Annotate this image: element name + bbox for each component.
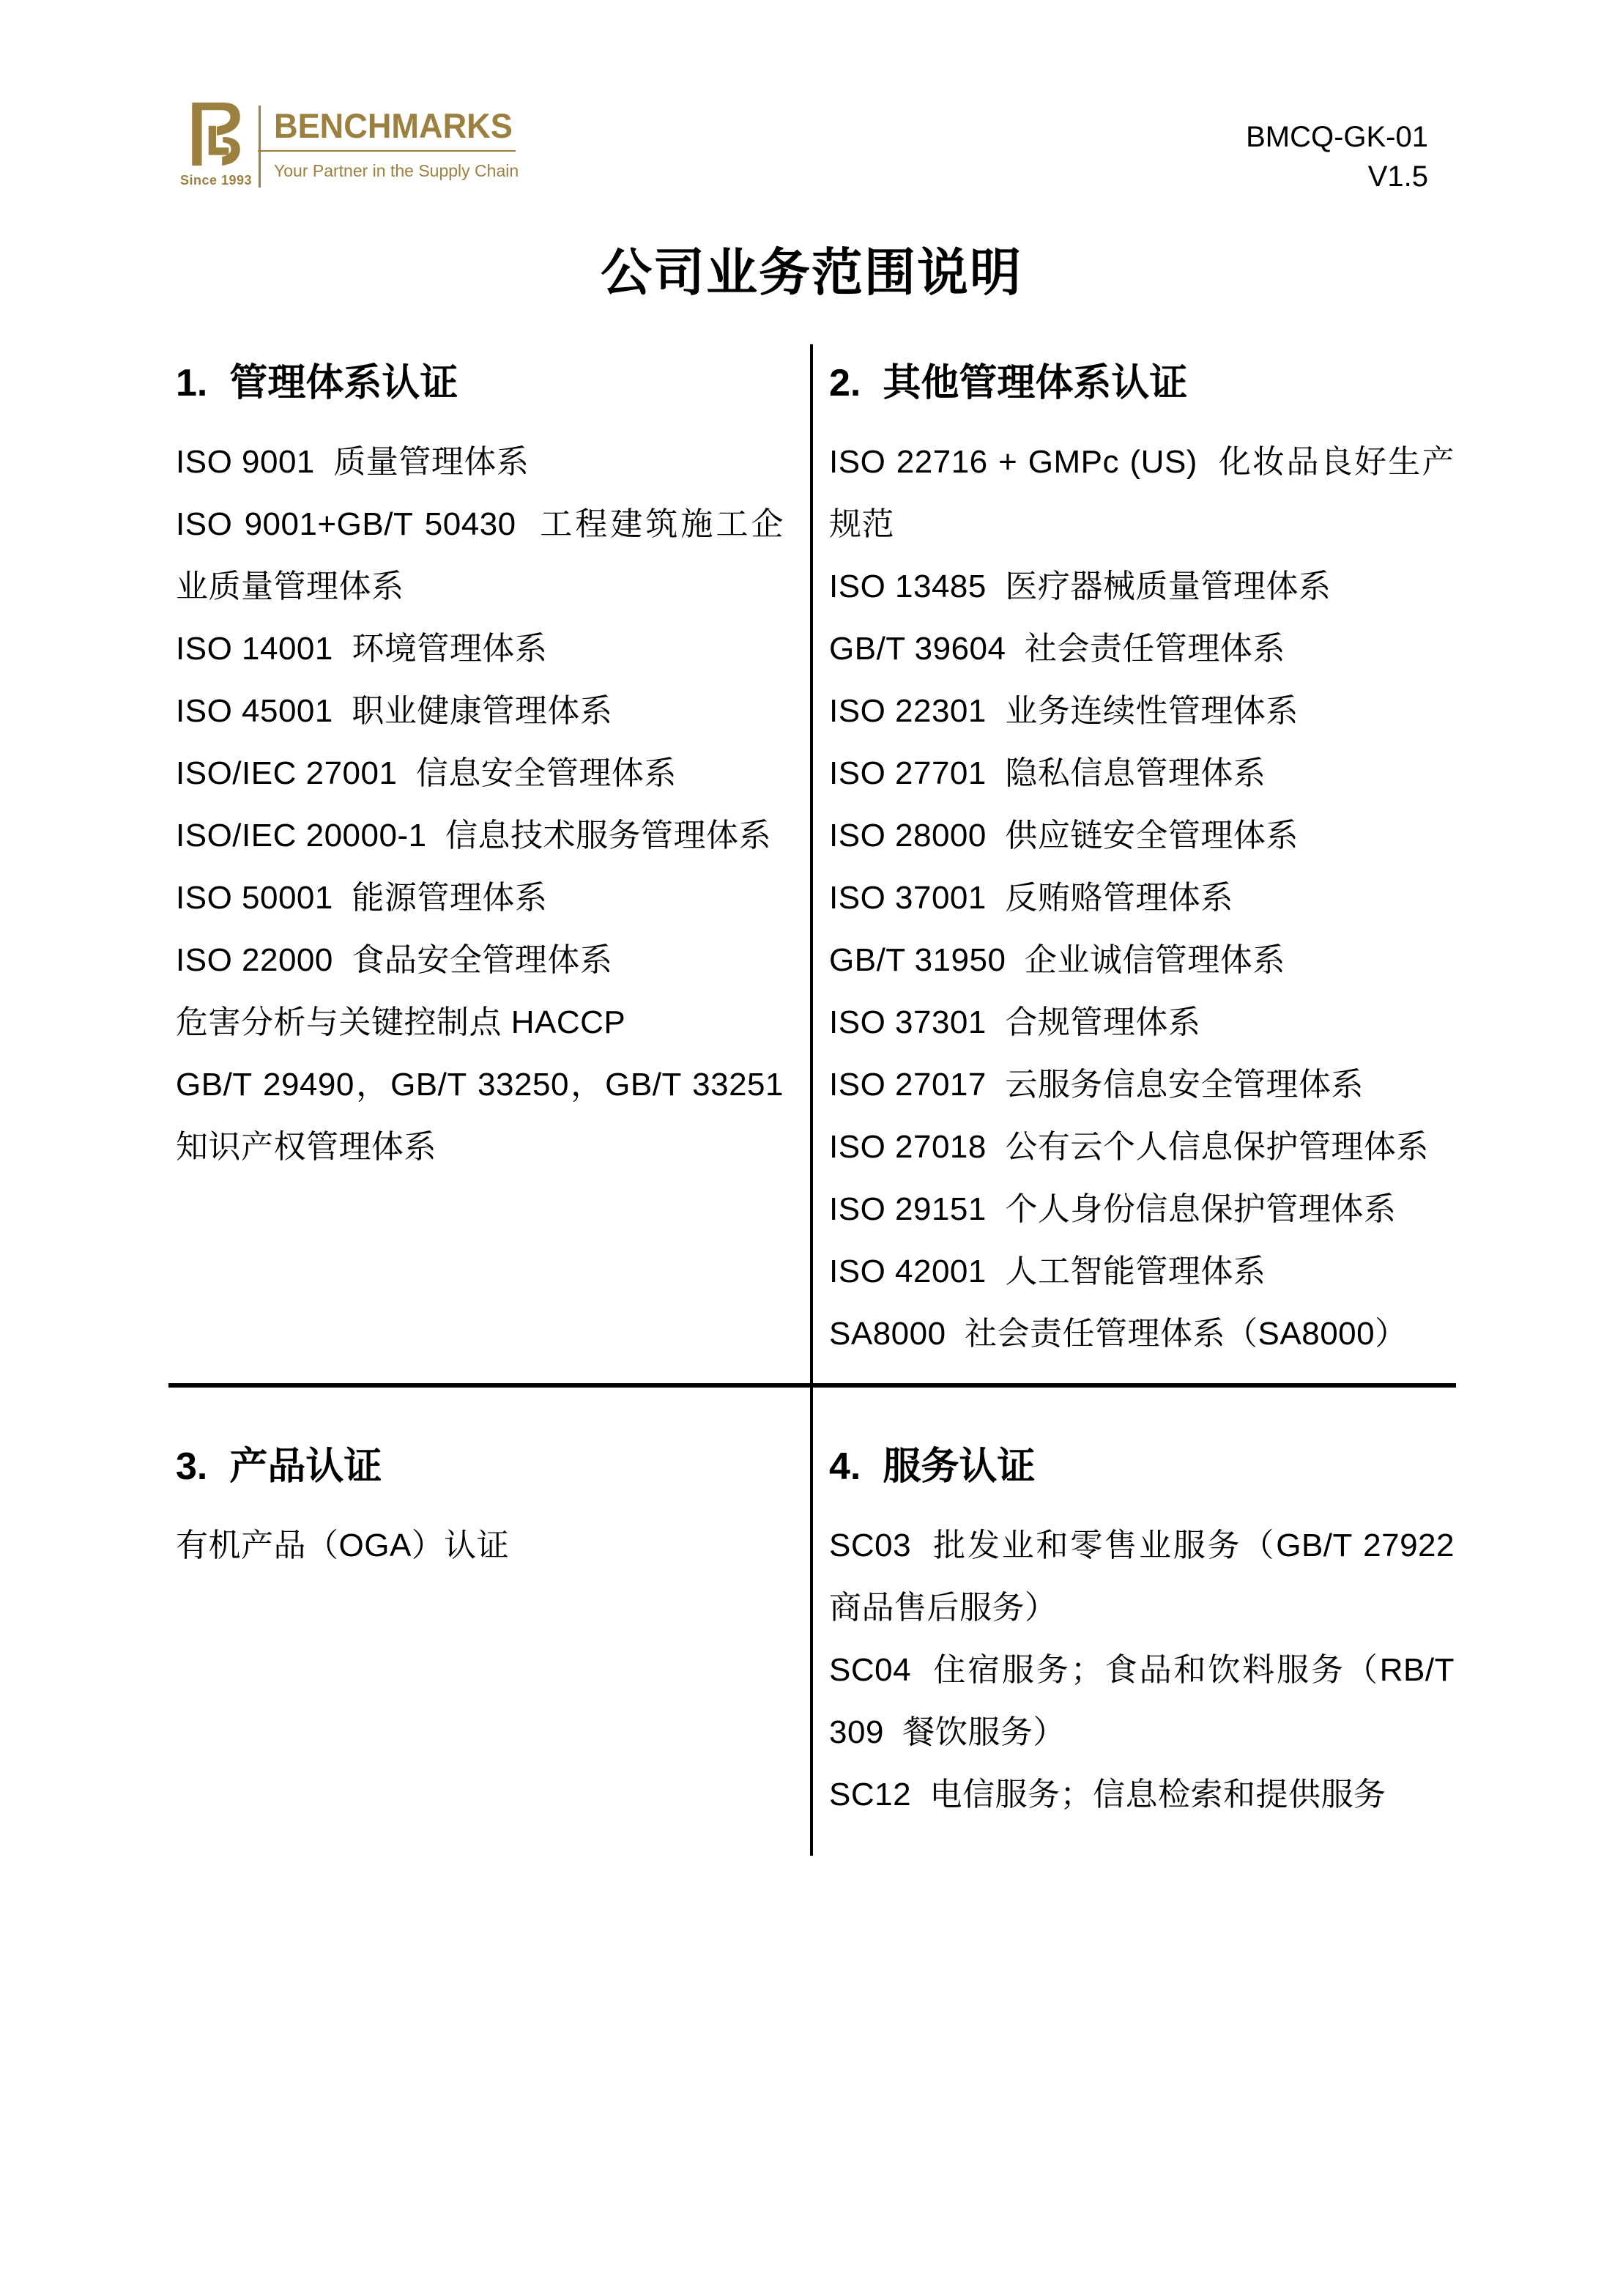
list-item: ISO/IEC 27001 信息安全管理体系 <box>176 742 784 804</box>
section-item-list: SC03 批发业和零售业服务（GB/T 27922 商品售后服务）SC04 住宿… <box>829 1514 1455 1826</box>
list-item: ISO 22000 食品安全管理体系 <box>176 929 784 991</box>
list-item: GB/T 39604 社会责任管理体系 <box>829 618 1455 680</box>
list-item: ISO 27017 云服务信息安全管理体系 <box>829 1053 1455 1116</box>
logo-brand-name: BENCHMARKS <box>274 108 513 143</box>
list-item: ISO 37301 合规管理体系 <box>829 991 1455 1053</box>
document-meta: BMCQ-GK-01 V1.5 <box>1246 117 1428 196</box>
document-page: Since 1993 BENCHMARKS Your Partner in th… <box>0 0 1623 2296</box>
section-heading-text: 管理体系认证 <box>229 362 458 404</box>
list-item: SC03 批发业和零售业服务（GB/T 27922 商品售后服务） <box>829 1514 1455 1639</box>
section-number: 4. <box>829 1438 861 1495</box>
section-management-system-certification: 1.管理体系认证 ISO 9001 质量管理体系ISO 9001+GB/T 50… <box>168 344 810 1388</box>
section-number: 3. <box>176 1438 207 1495</box>
list-item: SC12 电信服务；信息检索和提供服务 <box>829 1763 1455 1826</box>
section-product-certification: 3.产品认证 有机产品（OGA）认证 <box>168 1428 810 1826</box>
list-item: ISO 22301 业务连续性管理体系 <box>829 680 1455 742</box>
list-item: GB/T 31950 企业诚信管理体系 <box>829 929 1455 991</box>
list-item: ISO 14001 环境管理体系 <box>176 618 784 680</box>
list-item: 危害分析与关键控制点 HACCP <box>176 991 784 1053</box>
list-item: SC04 住宿服务；食品和饮料服务（RB/T 309 餐饮服务） <box>829 1639 1455 1763</box>
section-heading: 1.管理体系认证 <box>176 355 784 412</box>
list-item: SA8000 社会责任管理体系（SA8000） <box>829 1303 1455 1365</box>
company-logo: Since 1993 BENCHMARKS Your Partner in th… <box>185 103 522 188</box>
section-heading-text: 产品认证 <box>229 1445 382 1488</box>
content-grid: 1.管理体系认证 ISO 9001 质量管理体系ISO 9001+GB/T 50… <box>168 344 1456 1826</box>
list-item: ISO 13485 医疗器械质量管理体系 <box>829 555 1455 618</box>
logo-tagline: Your Partner in the Supply Chain <box>274 161 522 181</box>
list-item: 有机产品（OGA）认证 <box>176 1514 784 1577</box>
section-item-list: 有机产品（OGA）认证 <box>176 1514 784 1577</box>
section-heading-text: 服务认证 <box>883 1445 1035 1488</box>
list-item: ISO 42001 人工智能管理体系 <box>829 1240 1455 1303</box>
section-item-list: ISO 22716 + GMPc (US) 化妆品良好生产规范ISO 13485… <box>829 431 1455 1365</box>
section-heading: 4.服务认证 <box>829 1438 1455 1495</box>
section-number: 2. <box>829 355 861 412</box>
list-item: ISO 50001 能源管理体系 <box>176 867 784 929</box>
page-title: 公司业务范围说明 <box>0 232 1623 305</box>
benchmarks-lb-monogram-icon <box>192 103 240 166</box>
list-item: ISO 9001+GB/T 50430 工程建筑施工企业质量管理体系 <box>176 493 784 618</box>
section-item-list: ISO 9001 质量管理体系ISO 9001+GB/T 50430 工程建筑施… <box>176 431 784 1178</box>
list-item: ISO 37001 反贿赂管理体系 <box>829 867 1455 929</box>
list-item: ISO/IEC 20000-1 信息技术服务管理体系 <box>176 804 784 867</box>
section-number: 1. <box>176 355 207 412</box>
list-item: ISO 27701 隐私信息管理体系 <box>829 742 1455 804</box>
section-heading: 2.其他管理体系认证 <box>829 355 1455 412</box>
list-item: ISO 28000 供应链安全管理体系 <box>829 804 1455 867</box>
logo-since-text: Since 1993 <box>180 173 252 188</box>
logo-vertical-separator <box>259 105 261 188</box>
row-management-certs: 1.管理体系认证 ISO 9001 质量管理体系ISO 9001+GB/T 50… <box>168 344 1456 1388</box>
logo-text-column: BENCHMARKS Your Partner in the Supply Ch… <box>274 103 522 181</box>
section-service-certification: 4.服务认证 SC03 批发业和零售业服务（GB/T 27922 商品售后服务）… <box>810 1428 1456 1826</box>
section-heading-text: 其他管理体系认证 <box>883 362 1187 404</box>
section-heading: 3.产品认证 <box>176 1438 784 1495</box>
section-other-management-system-certification: 2.其他管理体系认证 ISO 22716 + GMPc (US) 化妆品良好生产… <box>810 344 1456 1388</box>
list-item: ISO 27018 公有云个人信息保护管理体系 <box>829 1116 1455 1178</box>
list-item: ISO 29151 个人身份信息保护管理体系 <box>829 1178 1455 1240</box>
list-item: GB/T 29490，GB/T 33250，GB/T 33251 知识产权管理体… <box>176 1053 784 1178</box>
document-version: V1.5 <box>1246 157 1428 196</box>
logo-mark-column: Since 1993 <box>185 103 247 188</box>
logo-horizontal-rule <box>258 150 516 152</box>
list-item: ISO 22716 + GMPc (US) 化妆品良好生产规范 <box>829 431 1455 555</box>
row-product-service-certs: 3.产品认证 有机产品（OGA）认证 4.服务认证 SC03 批发业和零售业服务… <box>168 1388 1456 1826</box>
list-item: ISO 45001 职业健康管理体系 <box>176 680 784 742</box>
list-item: ISO 9001 质量管理体系 <box>176 431 784 493</box>
document-number: BMCQ-GK-01 <box>1246 117 1428 157</box>
